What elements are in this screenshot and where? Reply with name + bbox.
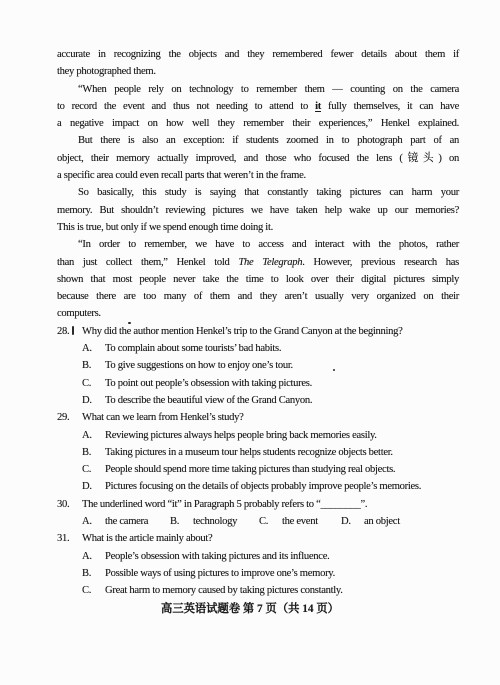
option-label: C. <box>82 461 105 478</box>
option-label: A. <box>82 548 105 565</box>
article-text: to record the event and thus not needing… <box>57 101 315 112</box>
article-body: accurate in recognizing the objects and … <box>57 46 459 323</box>
option-label: B. <box>170 513 193 530</box>
question-28: 28.Why did the author mention Henkel’s t… <box>57 323 459 409</box>
option-label: C. <box>259 513 282 530</box>
article-line: But there is also an exception: if stude… <box>57 132 459 149</box>
option-label: B. <box>82 444 105 461</box>
question-stem: Why did the author mention Henkel’s trip… <box>82 326 403 337</box>
option-label: C. <box>82 375 105 392</box>
answer-option: C.the event <box>259 513 341 530</box>
question-number: 30. <box>57 496 82 513</box>
page-footer: 高三英语试题卷 第 7 页（共 14 页） <box>49 601 451 618</box>
answer-option: B.Taking pictures in a museum tour helps… <box>57 444 459 461</box>
article-text: a negative impact on how well they remem… <box>57 118 459 129</box>
article-line: they photographed them. <box>57 63 459 80</box>
option-text: Taking pictures in a museum tour helps s… <box>105 447 393 458</box>
option-text: Great harm to memory caused by taking pi… <box>105 585 343 596</box>
publication-name: The Telegraph <box>238 257 302 268</box>
answer-option: C.To point out people’s obsession with t… <box>57 375 459 392</box>
option-text: Possible ways of using pictures to impro… <box>105 568 335 579</box>
answer-options-row: A.the camera B.technology C.the event D.… <box>57 513 459 530</box>
answer-option: D.an object <box>341 513 400 530</box>
option-label: A. <box>82 340 105 357</box>
option-text: To complain about some tourists’ bad hab… <box>105 343 281 354</box>
question-number: 28. <box>57 323 82 340</box>
article-text: “In order to remember, we have to access… <box>78 239 459 250</box>
article-text: shown that most people never take the ti… <box>57 274 459 285</box>
option-label: A. <box>82 427 105 444</box>
option-label: A. <box>82 513 105 530</box>
article-line: So basically, this study is saying that … <box>57 184 459 201</box>
question-stem: What is the article mainly about? <box>82 533 212 544</box>
question-stem-row: 30.The underlined word “it” in Paragraph… <box>57 496 459 513</box>
article-line: accurate in recognizing the objects and … <box>57 46 459 63</box>
article-text: memory. But shouldn’t reviewing pictures… <box>57 205 459 216</box>
article-line: “In order to remember, we have to access… <box>57 236 459 253</box>
scan-artifact <box>128 322 131 324</box>
article-text: But there is also an exception: if stude… <box>78 135 459 146</box>
answer-option: B.technology <box>170 513 259 530</box>
scan-artifact <box>333 369 335 371</box>
option-text: the event <box>282 516 318 527</box>
article-line: object, their memory actually improved, … <box>57 150 459 167</box>
article-line: “When people rely on technology to remem… <box>57 81 459 98</box>
option-text: Reviewing pictures always helps people b… <box>105 430 377 441</box>
article-line: because there are too many of them and t… <box>57 288 459 305</box>
article-line: shown that most people never take the ti… <box>57 271 459 288</box>
option-text: Pictures focusing on the details of obje… <box>105 481 421 492</box>
question-stem-row: 31.What is the article mainly about? <box>57 530 459 547</box>
article-text: “When people rely on technology to remem… <box>78 84 459 95</box>
article-text: So basically, this study is saying that … <box>78 187 459 198</box>
question-30: 30.The underlined word “it” in Paragraph… <box>57 496 459 531</box>
option-label: D. <box>341 513 364 530</box>
answer-option: B.To give suggestions on how to enjoy on… <box>57 357 459 374</box>
article-text: accurate in recognizing the objects and … <box>57 49 459 60</box>
answer-option: D.Pictures focusing on the details of ob… <box>57 478 459 495</box>
option-label: C. <box>82 582 105 599</box>
article-text: fully themselves, it can have <box>321 101 459 112</box>
article-line: This is true, but only if we spend enoug… <box>57 219 459 236</box>
question-stem-row: 28.Why did the author mention Henkel’s t… <box>57 323 459 340</box>
question-number: 31. <box>57 530 82 547</box>
question-31: 31.What is the article mainly about? A.P… <box>57 530 459 599</box>
answer-option: A.People’s obsession with taking picture… <box>57 548 459 565</box>
option-text: an object <box>364 516 400 527</box>
article-line: than just collect them,” Henkel told The… <box>57 254 459 271</box>
option-text: technology <box>193 516 237 527</box>
page-footer-text: 高三英语试题卷 第 7 页（共 14 页） <box>161 603 339 615</box>
option-text: People’s obsession with taking pictures … <box>105 551 329 562</box>
article-line: a negative impact on how well they remem… <box>57 115 459 132</box>
option-text: the camera <box>105 516 148 527</box>
exam-page-content: accurate in recognizing the objects and … <box>57 46 459 618</box>
answer-option: A.To complain about some tourists’ bad h… <box>57 340 459 357</box>
option-label: B. <box>82 357 105 374</box>
answer-option: B.Possible ways of using pictures to imp… <box>57 565 459 582</box>
article-text: computers. <box>57 308 101 319</box>
question-number: 29. <box>57 409 82 426</box>
article-text: . However, previous research has <box>302 257 459 268</box>
question-29: 29.What can we learn from Henkel’s study… <box>57 409 459 495</box>
answer-option: C.Great harm to memory caused by taking … <box>57 582 459 599</box>
article-line: computers. <box>57 305 459 322</box>
article-line: to record the event and thus not needing… <box>57 98 459 115</box>
answer-option: A.Reviewing pictures always helps people… <box>57 427 459 444</box>
scan-artifact <box>72 326 74 335</box>
option-label: B. <box>82 565 105 582</box>
article-line: memory. But shouldn’t reviewing pictures… <box>57 202 459 219</box>
question-stem: What can we learn from Henkel’s study? <box>82 412 244 423</box>
option-text: People should spend more time taking pic… <box>105 464 395 475</box>
question-stem: The underlined word “it” in Paragraph 5 … <box>82 499 367 510</box>
question-stem-row: 29.What can we learn from Henkel’s study… <box>57 409 459 426</box>
article-text: because there are too many of them and t… <box>57 291 459 302</box>
answer-option: D.To describe the beautiful view of the … <box>57 392 459 409</box>
option-label: D. <box>82 392 105 409</box>
option-text: To point out people’s obsession with tak… <box>105 378 312 389</box>
article-text: they photographed them. <box>57 66 156 77</box>
article-text: a specific area could even recall parts … <box>57 170 306 181</box>
article-text: This is true, but only if we spend enoug… <box>57 222 273 233</box>
article-text: than just collect them,” Henkel told <box>57 257 238 268</box>
article-text: object, their memory actually improved, … <box>57 153 459 164</box>
option-text: To describe the beautiful view of the Gr… <box>105 395 312 406</box>
article-line: a specific area could even recall parts … <box>57 167 459 184</box>
option-label: D. <box>82 478 105 495</box>
option-text: To give suggestions on how to enjoy one’… <box>105 360 293 371</box>
answer-option: C.People should spend more time taking p… <box>57 461 459 478</box>
answer-option: A.the camera <box>82 513 170 530</box>
